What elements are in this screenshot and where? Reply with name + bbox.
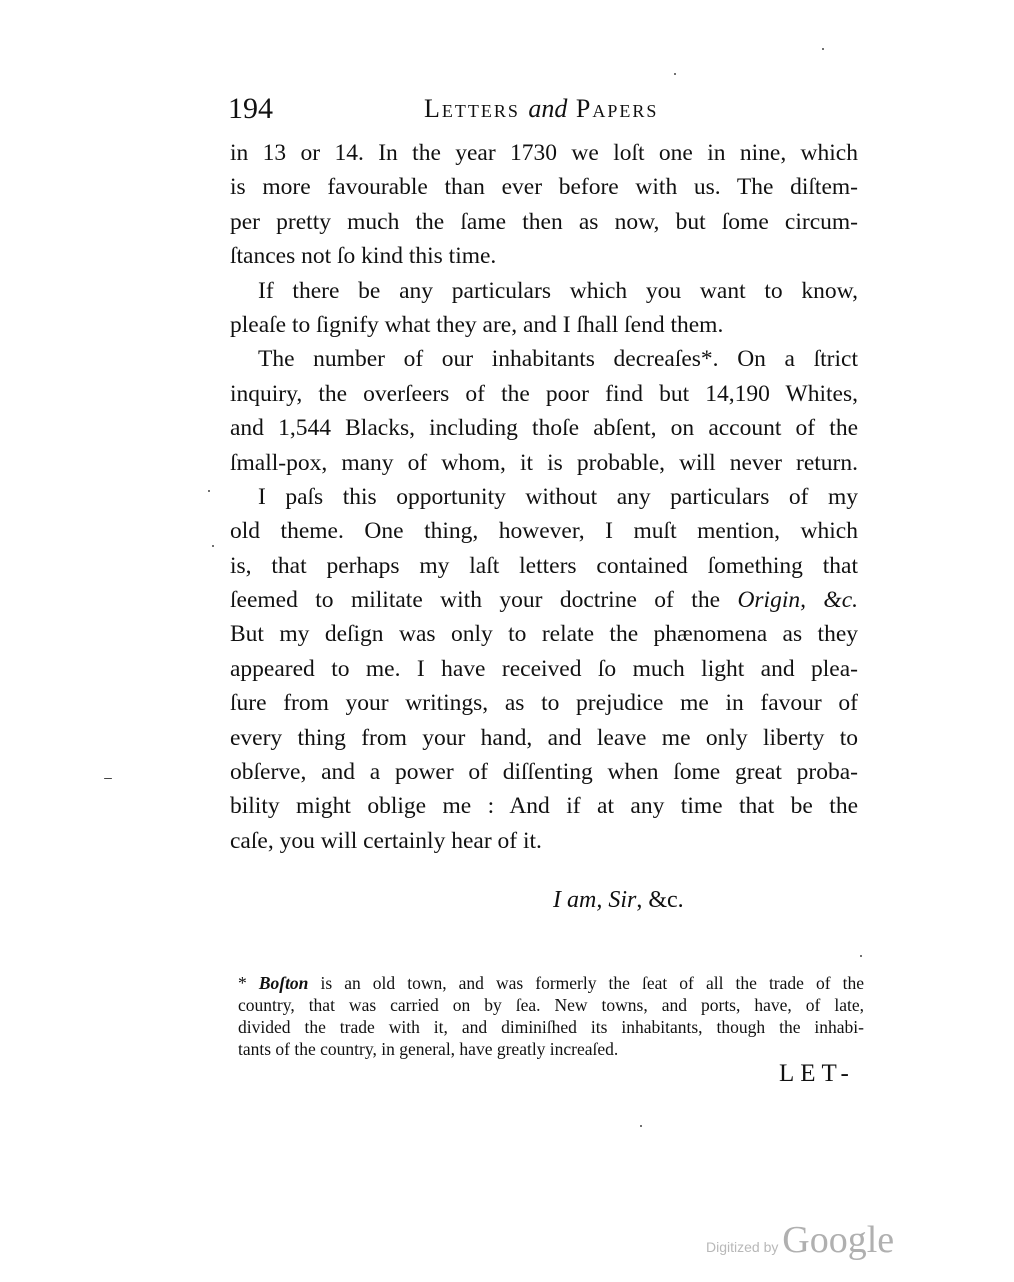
text-line: But my deſign was only to relate the phæ…	[230, 617, 858, 651]
text-line-roman: ſeemed to militate with your doctrine of…	[230, 587, 720, 613]
watermark-prefix: Digitized by	[706, 1239, 782, 1255]
scan-speck	[822, 48, 824, 50]
footnote-marker: *	[238, 973, 259, 993]
running-head-part2: Papers	[567, 94, 658, 123]
text-line: is, that perhaps my laſt letters contain…	[230, 549, 858, 583]
footnote-line: * Boſton is an old town, and was formerl…	[238, 972, 864, 994]
footnote-line: tants of the country, in general, have g…	[238, 1038, 864, 1060]
footnote-line1-rest: is an old town, and was formerly the ſea…	[308, 973, 864, 993]
text-line: obſerve, and a power of diſſenting when …	[230, 755, 858, 789]
closing-salutation: I am, Sir, &c.	[553, 887, 684, 914]
scan-speck	[674, 73, 676, 75]
text-line: old theme. One thing, however, I muſt me…	[230, 514, 858, 548]
text-line: caſe, you will certainly hear of it.	[230, 824, 858, 858]
text-line: I paſs this opportunity without any part…	[230, 480, 858, 514]
text-line: ſmall-pox, many of whom, it is probable,…	[230, 446, 858, 480]
text-line: is more favourable than ever before with…	[230, 170, 858, 204]
scan-speck	[208, 490, 210, 492]
page-number: 194	[228, 92, 273, 126]
text-line: and 1,544 Blacks, including thoſe abſent…	[230, 411, 858, 445]
scan-speck	[104, 778, 112, 779]
text-line: every thing from your hand, and leave me…	[230, 721, 858, 755]
text-line: ſure from your writings, as to prejudice…	[230, 686, 858, 720]
text-line: per pretty much the ſame then as now, bu…	[230, 205, 858, 239]
text-line: ſtances not ſo kind this time.	[230, 239, 858, 273]
running-head: Letters and Papers	[424, 94, 658, 124]
closing-etc: , &c.	[636, 887, 683, 913]
page-header: 194 Letters and Papers	[228, 92, 868, 128]
body-text: in 13 or 14. In the year 1730 we loſt on…	[230, 136, 858, 858]
running-head-part1: Letters	[424, 94, 528, 123]
footnote-line: divided the trade with it, and diminiſhe…	[238, 1016, 864, 1038]
text-line: ſeemed to militate with your doctrine of…	[230, 583, 858, 617]
scan-speck	[212, 545, 214, 547]
book-page: 194 Letters and Papers in 13 or 14. In t…	[0, 0, 1014, 1282]
closing-italic: I am, Sir	[553, 887, 636, 913]
text-line: bility might oblige me : And if at any t…	[230, 789, 858, 823]
text-line: appeared to me. I have received ſo much …	[230, 652, 858, 686]
text-line: pleaſe to ſignify what they are, and I ſ…	[230, 308, 858, 342]
scan-speck	[640, 1125, 642, 1127]
scan-speck	[860, 955, 862, 957]
text-line: in 13 or 14. In the year 1730 we loſt on…	[230, 136, 858, 170]
origin-italic: Origin, &c.	[737, 587, 858, 613]
text-line: If there be any particulars which you wa…	[230, 274, 858, 308]
digitized-watermark: Digitized by Google	[706, 1218, 894, 1262]
catchword: LET-	[779, 1060, 855, 1088]
google-logo: Google	[782, 1219, 894, 1261]
footnote-line: country, that was carried on by ſea. New…	[238, 994, 864, 1016]
footnote-lead: Boſton	[259, 973, 309, 993]
running-head-italic: and	[528, 94, 567, 123]
text-line: inquiry, the overſeers of the poor find …	[230, 377, 858, 411]
footnote: * Boſton is an old town, and was formerl…	[238, 972, 864, 1060]
text-line: The number of our inhabitants decreaſes*…	[230, 342, 858, 376]
